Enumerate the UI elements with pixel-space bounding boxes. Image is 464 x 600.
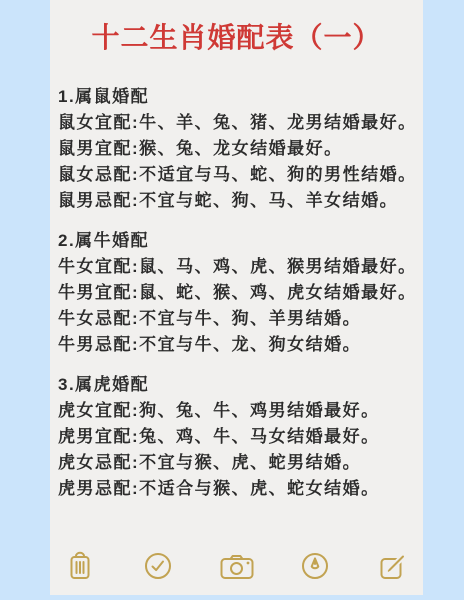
note-content: 1.属鼠婚配 鼠女宜配:牛、羊、兔、猪、龙男结婚最好。 鼠男宜配:猴、兔、龙女结… [58,84,421,516]
section-line: 牛男忌配:不宜与牛、龙、狗女结婚。 [58,332,421,358]
section-line: 牛女宜配:鼠、马、鸡、虎、猴男结婚最好。 [58,254,421,280]
section-rat: 1.属鼠婚配 鼠女宜配:牛、羊、兔、猪、龙男结婚最好。 鼠男宜配:猴、兔、龙女结… [58,84,421,214]
section-ox: 2.属牛婚配 牛女宜配:鼠、马、鸡、虎、猴男结婚最好。 牛男宜配:鼠、蛇、猴、鸡… [58,228,421,358]
section-line: 虎男忌配:不适合与猴、虎、蛇女结婚。 [58,476,421,502]
camera-button[interactable] [217,546,257,586]
section-heading: 1.属鼠婚配 [58,84,421,110]
trash-button[interactable] [60,546,100,586]
section-line: 虎女忌配:不宜与猴、虎、蛇男结婚。 [58,450,421,476]
trash-icon [67,551,93,581]
note-card: 十二生肖婚配表（一） 1.属鼠婚配 鼠女宜配:牛、羊、兔、猪、龙男结婚最好。 鼠… [50,0,423,595]
section-line: 虎男宜配:兔、鸡、牛、马女结婚最好。 [58,424,421,450]
markup-pen-icon [301,552,329,580]
section-tiger: 3.属虎婚配 虎女宜配:狗、兔、牛、鸡男结婚最好。 虎男宜配:兔、鸡、牛、马女结… [58,372,421,502]
section-line: 牛女忌配:不宜与牛、狗、羊男结婚。 [58,306,421,332]
compose-button[interactable] [373,546,413,586]
section-line: 鼠女宜配:牛、羊、兔、猪、龙男结婚最好。 [58,110,421,136]
section-line: 虎女宜配:狗、兔、牛、鸡男结婚最好。 [58,398,421,424]
section-line: 牛男宜配:鼠、蛇、猴、鸡、虎女结婚最好。 [58,280,421,306]
checklist-button[interactable] [138,546,178,586]
bottom-toolbar [50,539,423,595]
camera-icon [220,553,254,580]
section-heading: 2.属牛婚配 [58,228,421,254]
section-heading: 3.属虎婚配 [58,372,421,398]
page-title: 十二生肖婚配表（一） [50,20,423,56]
section-line: 鼠男忌配:不宜与蛇、狗、马、羊女结婚。 [58,188,421,214]
checkmark-circle-icon [144,552,172,580]
markup-button[interactable] [295,546,335,586]
section-line: 鼠女忌配:不适宜与马、蛇、狗的男性结婚。 [58,162,421,188]
section-line: 鼠男宜配:猴、兔、龙女结婚最好。 [58,136,421,162]
compose-icon [379,552,407,580]
